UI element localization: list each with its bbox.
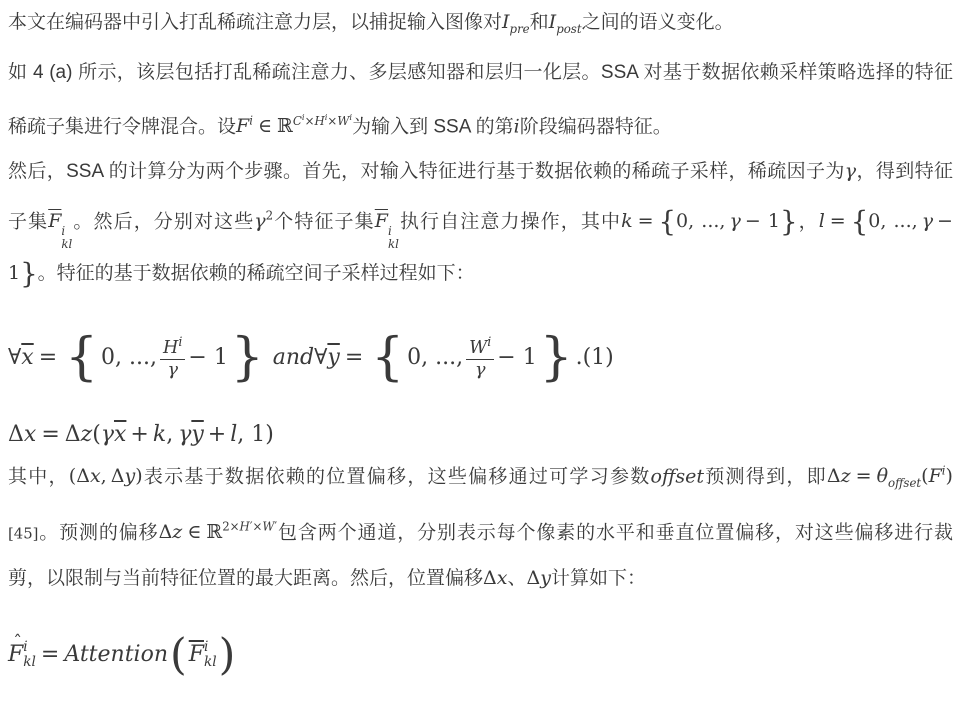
delta-symbol: Δ	[65, 422, 81, 448]
math-minus-one: − 1	[745, 210, 780, 232]
plus-symbol: +	[130, 422, 148, 448]
math-var-overline: F	[189, 642, 204, 668]
right-brace: }	[540, 336, 573, 380]
equation-tag: .(1)	[576, 345, 614, 371]
math-theta-offset: Δz=θoffset(Fi)	[827, 465, 953, 487]
math-var: W	[469, 337, 487, 357]
fraction-denominator: γ	[475, 360, 486, 382]
text-run: 其中，	[8, 466, 69, 487]
math-delta-x: Δx	[483, 567, 507, 589]
left-brace: {	[371, 336, 404, 380]
math-sub: kl	[388, 238, 399, 251]
left-brace: {	[659, 207, 677, 239]
right-paren: )	[219, 637, 236, 673]
left-paren: (	[170, 637, 187, 673]
math-sub: kl	[23, 655, 36, 670]
math-minus-one: − 1	[188, 345, 227, 371]
math-var: H	[163, 337, 178, 357]
math-delta-y: Δy	[526, 567, 550, 589]
fraction-denominator: γ	[167, 360, 178, 382]
math-sub: post	[556, 22, 581, 36]
math-supsub-stack: ikl	[61, 225, 72, 251]
element-of-symbol: ∈	[258, 115, 272, 137]
left-brace: {	[851, 207, 869, 239]
math-and-word: and	[273, 345, 314, 371]
math-two-times: 2×	[222, 520, 239, 534]
equation-delta-x: Δ x = Δ z ( γ x + k , γ y + l , 1 )	[8, 422, 953, 448]
text-run: 阶段编码器特征。	[520, 116, 672, 137]
right-brace: }	[20, 258, 38, 290]
text-run: 表示基于数据依赖的位置偏移，这些偏移通过可学习参数	[143, 466, 651, 487]
text-run: 之间的语义变化。	[582, 12, 734, 33]
math-var: z	[81, 422, 93, 448]
comma-one: , 1	[237, 422, 265, 448]
math-F-hat: ˆ F	[8, 642, 23, 668]
math-sub: offset	[888, 476, 921, 490]
delta-symbol: Δ	[159, 521, 173, 543]
math-var: y	[540, 567, 551, 589]
math-sup: i	[61, 225, 65, 238]
equals-symbol: =	[345, 345, 363, 371]
delta-symbol: Δ	[827, 465, 841, 487]
equals-symbol: =	[856, 465, 872, 487]
math-gamma: γ	[729, 210, 740, 232]
math-var: W	[262, 520, 274, 534]
math-var: H	[240, 520, 250, 534]
math-sub: pre	[510, 22, 530, 36]
math-var: z	[172, 521, 182, 543]
equals-symbol: =	[41, 642, 59, 668]
math-gamma: γ	[101, 422, 114, 448]
math-sup: i	[204, 640, 208, 655]
paragraph-ssa-steps: 然后，SSA 的计算分为两个步骤。首先，对输入特征进行基于数据依赖的稀疏子采样，…	[8, 149, 953, 296]
delta-symbol: Δ	[8, 422, 24, 448]
math-var: C	[293, 114, 302, 128]
times-symbol: ×	[305, 114, 315, 128]
text-run: 、	[507, 568, 526, 589]
citation-45: [45]	[8, 525, 38, 542]
equals-symbol: =	[638, 210, 654, 232]
math-gamma: γ	[845, 160, 856, 182]
text-run: 个特征子集	[273, 211, 375, 232]
fraction-numerator: Hi	[160, 334, 185, 361]
equals-symbol: =	[830, 210, 846, 232]
math-xbar: x	[21, 345, 33, 371]
equals-symbol: =	[39, 345, 57, 371]
element-of-symbol: ∈	[187, 521, 201, 543]
math-var-overline: F	[48, 210, 61, 232]
math-seq: 0, ...,	[676, 210, 725, 232]
text-run: ，	[798, 211, 819, 232]
math-feature-subset: Fikl	[48, 210, 72, 232]
math-gamma: γ	[922, 210, 933, 232]
math-var: F	[929, 465, 942, 487]
equals-symbol: =	[41, 422, 59, 448]
fraction-W-gamma: Wi γ	[466, 334, 494, 383]
comma: ,	[101, 465, 107, 487]
math-minus-one: − 1	[497, 345, 536, 371]
math-sup: i	[178, 334, 182, 349]
math-sub: kl	[204, 655, 217, 670]
math-var: W	[337, 114, 349, 128]
times-symbol: ×	[327, 114, 337, 128]
math-var: k	[621, 210, 633, 232]
math-var-overline: F	[375, 210, 388, 232]
math-sup: i	[249, 114, 253, 128]
math-ybar: y	[191, 422, 203, 448]
math-I-post: Ipost	[549, 11, 582, 33]
math-var: z	[841, 465, 851, 487]
math-var: l	[230, 422, 237, 448]
text-run: 和	[530, 12, 549, 33]
math-exponent: Ci×Hi×Wi	[293, 114, 352, 128]
math-var: x	[24, 422, 36, 448]
forall-symbol: ∀	[314, 345, 327, 371]
delta-symbol: Δ	[483, 567, 497, 589]
math-sup: i	[23, 640, 27, 655]
fraction-numerator: Wi	[466, 334, 494, 361]
math-seq: 0, ...,	[868, 210, 917, 232]
math-var: H	[314, 114, 324, 128]
math-supsub-stack: ikl	[23, 640, 36, 670]
right-brace: }	[780, 207, 798, 239]
math-xbar: x	[114, 422, 126, 448]
math-var: l	[819, 210, 825, 232]
math-I-pre: Ipre	[502, 11, 530, 33]
paragraph-offsets: 其中，(Δx,Δy)表示基于数据依赖的位置偏移，这些偏移通过可学习参数offse…	[8, 449, 953, 601]
times-symbol: ×	[252, 520, 262, 534]
math-seq: 0, ...,	[407, 345, 463, 371]
attention-function: Attention	[64, 642, 168, 668]
text-run: 为输入到 SSA 的第	[352, 116, 514, 137]
real-numbers-symbol: ℝ	[206, 521, 222, 543]
left-brace: {	[65, 336, 98, 380]
math-var: γ	[254, 210, 265, 232]
delta-symbol: Δ	[526, 567, 540, 589]
math-sup: i	[388, 225, 392, 238]
right-paren: )	[135, 465, 142, 487]
math-var: F	[236, 115, 249, 137]
math-sup: i	[487, 334, 491, 349]
math-feature-subset: Fikl	[375, 210, 399, 232]
math-var: x	[497, 567, 508, 589]
math-supsub-stack: ikl	[204, 640, 217, 670]
math-supsub-stack: ikl	[388, 225, 399, 251]
delta-symbol: Δ	[111, 465, 125, 487]
math-ybar: y	[327, 345, 339, 371]
math-feature-def: Fi∈ℝCi×Hi×Wi	[236, 115, 352, 137]
paragraph-intro: 本文在编码器中引入打乱稀疏注意力层，以捕捉输入图像对Ipre和Ipost之间的语…	[8, 0, 953, 51]
math-var: x	[90, 465, 101, 487]
text-run: 。然后，分别对这些	[72, 211, 254, 232]
left-paren: (	[921, 465, 928, 487]
math-offset-pair: (Δx,Δy)	[69, 465, 143, 487]
text-run: 预测得到，即	[704, 466, 827, 487]
delta-symbol: Δ	[76, 465, 90, 487]
document-page: 本文在编码器中引入打乱稀疏注意力层，以捕捉输入图像对Ipre和Ipost之间的语…	[0, 0, 963, 674]
math-gamma-squared: γ2	[254, 210, 273, 232]
hat-accent: ˆ	[13, 633, 22, 654]
forall-symbol: ∀	[8, 345, 21, 371]
text-run: 执行自注意力操作，其中	[399, 211, 621, 232]
math-gamma: γ	[178, 422, 191, 448]
paragraph-ssa-layer: 如 4 (a) 所示，该层包括打乱稀疏注意力、多层感知器和层归一化层。SSA 对…	[8, 51, 953, 149]
text-run: 然后，SSA 的计算分为两个步骤。首先，对输入特征进行基于数据依赖的稀疏子采样，…	[8, 161, 845, 182]
text-run: 本文在编码器中引入打乱稀疏注意力层，以捕捉输入图像对	[8, 12, 502, 33]
left-paren: (	[92, 422, 101, 448]
math-theta: θ	[877, 465, 888, 487]
math-k-set: k={0, ...,γ− 1}	[621, 210, 797, 232]
math-var: y	[124, 465, 135, 487]
comma: ,	[166, 422, 173, 448]
right-paren: )	[265, 422, 274, 448]
real-numbers-symbol: ℝ	[277, 115, 293, 137]
math-delta-z-space: Δz∈ℝ2×H′×W′	[159, 521, 278, 543]
right-brace: }	[231, 336, 264, 380]
text-run: 。预测的偏移	[38, 522, 158, 543]
text-run: 。特征的基于数据依赖的稀疏空间子采样过程如下：	[38, 263, 475, 284]
math-sub: kl	[61, 238, 72, 251]
math-var: I	[502, 11, 510, 33]
plus-symbol: +	[208, 422, 226, 448]
right-paren: )	[946, 465, 953, 487]
math-exponent: 2×H′×W′	[222, 520, 277, 534]
fraction-H-gamma: Hi γ	[160, 334, 185, 383]
equation-attention: ˆ F ikl = Attention ( F ikl )	[8, 637, 953, 673]
math-var: k	[153, 422, 166, 448]
text-run: 计算如下：	[551, 568, 646, 589]
math-seq: 0, ...,	[101, 345, 157, 371]
math-offset-param: offset	[651, 465, 705, 487]
equation-1: ∀ x = { 0, ..., Hi γ − 1 } and ∀ y = { 0…	[8, 334, 953, 383]
